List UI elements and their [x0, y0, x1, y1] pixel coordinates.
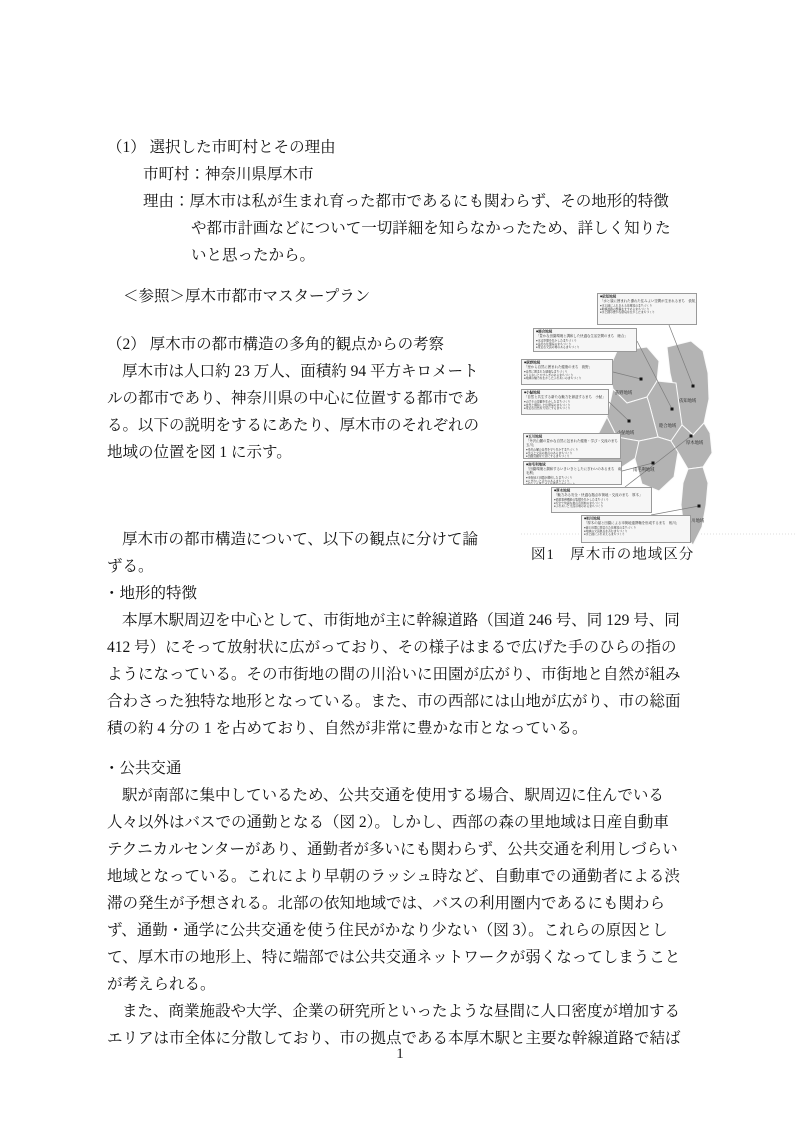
callout-slogan: 「魅力ある安全・快適な拠点市街地・交流のまち 厚木」: [554, 494, 652, 498]
section1-heading: （1） 選択した市町村とその理由: [107, 134, 681, 161]
callout-mutsuai: ■睦合地域「豊かな田園環境と調和した快適な生活空間のまち 睦合」●水辺空間を生か…: [533, 328, 637, 352]
topography-heading: ・地形的特徴: [104, 580, 681, 607]
reason-line: 理由：厚木市は私が生まれ育った都市であるにも関わらず、その地形的特徴や都市計画な…: [143, 188, 681, 269]
callout-minamimori: ■南毛利地域「田園環境と調和するいきいきとしたにぎわいのあるまち 南毛利」●市街…: [523, 461, 622, 485]
callout-slogan: 「厚木の緑と田園による市街地連携軸を形成するまち 相川」: [584, 522, 691, 526]
municipality-line: 市町村：神奈川県厚木市: [143, 161, 681, 188]
callout-title: ■依知地域: [600, 295, 697, 299]
transport-paragraph-1: 駅が南部に集中しているため、公共交通を使用する場合、駅周辺に住んでいる人々以外は…: [107, 782, 681, 998]
section2-lead-paragraph: 厚木市の都市構造について、以下の観点に分けて論ずる。: [107, 526, 487, 580]
callout-koayu: ■小鮎地域「自然と共生する新たな魅力を創造するまち 小鮎」●山すその景観を生かし…: [521, 389, 609, 415]
figure-1-region-map: 荻野地域 依知地域 睦合地域 小鮎地域 玉川地域 南毛利地域 厚木地域 相川地域…: [521, 291, 795, 568]
callout-slogan: 「丹沢山麓の豊かな自然に包まれた健康・学び・交流のまち 玉川」: [526, 440, 621, 448]
callout-slogan: 「自然と共生する新たな魅力を創造するまち 小鮎」: [524, 396, 609, 400]
map-label-atsugi: 厚木地域: [686, 439, 704, 446]
callout-title: ■厚木地域: [554, 489, 652, 493]
map-label-echi: 依知地域: [679, 397, 697, 404]
map-label-mutsuai: 睦合地域: [659, 422, 677, 429]
callout-title: ■相川地域: [584, 517, 691, 521]
transport-paragraph-2: また、商業施設や大学、企業の研究所といったような昼間に人口密度が増加するエリアは…: [107, 998, 681, 1052]
figure-caption: 図1 厚木市の地域区分: [531, 543, 694, 564]
transport-heading: ・公共交通: [104, 755, 681, 782]
callout-atsugi: ■厚木地域「魅力ある安全・快適な拠点市街地・交流のまち 厚木」●商業業務機能の集…: [551, 487, 652, 513]
callout-title: ■荻野地域: [524, 361, 613, 365]
callout-title: ■玉川地域: [526, 435, 621, 439]
callout-title: ■南毛利地域: [526, 463, 622, 467]
callout-slogan: 「豊かな田園環境と調和した快適な生活空間のまち 睦合」: [536, 335, 637, 339]
map-label-ogino: 荻野地域: [615, 389, 633, 396]
document-body: （1） 選択した市町村とその理由 市町村：神奈川県厚木市 理由：厚木市は私が生ま…: [107, 134, 681, 1052]
map-label-minamimori: 南毛利地域: [633, 466, 655, 473]
section2-intro-paragraph: 厚木市は人口約 23 万人、面積約 94 平方キロメートルの都市であり、神奈川県…: [107, 358, 487, 466]
region-minamimori: [635, 437, 678, 491]
callout-slogan: 「田園環境と調和するいきいきとしたにぎわいのあるまち 南毛利」: [526, 468, 622, 476]
callout-title: ■小鮎地域: [524, 391, 609, 395]
callout-ogino: ■荻野地域「里から自然に囲まれた健康のまち 荻野」●自然に囲まれた健康なまちづく…: [521, 359, 613, 385]
page-number: 1: [0, 1046, 800, 1063]
topography-paragraph: 本厚木駅周辺を中心として、市街地が主に幹線道路（国道 246 号、同 129 号…: [107, 607, 681, 742]
callout-title: ■睦合地域: [536, 330, 637, 334]
callout-echi: ■依知地域「水と緑に囲まれた優れた住みよい空間が生まれるまち 依知」●水と緑にふ…: [597, 293, 697, 325]
document-page: （1） 選択した市町村とその理由 市町村：神奈川県厚木市 理由：厚木市は私が生ま…: [0, 0, 800, 1132]
callout-slogan: 「里から自然に囲まれた健康のまち 荻野」: [524, 366, 613, 370]
callout-aikawa: ■相川地域「厚木の緑と田園による市街地連携軸を形成するまち 相川」●緑と田園に囲…: [581, 515, 691, 543]
callout-slogan: 「水と緑に囲まれた優れた住みよい空間が生まれるまち 依知」: [600, 300, 697, 304]
callout-tamagawa: ■玉川地域「丹沢山麓の豊かな自然に包まれた健康・学び・交流のまち 玉川」●丹沢山…: [523, 433, 621, 459]
